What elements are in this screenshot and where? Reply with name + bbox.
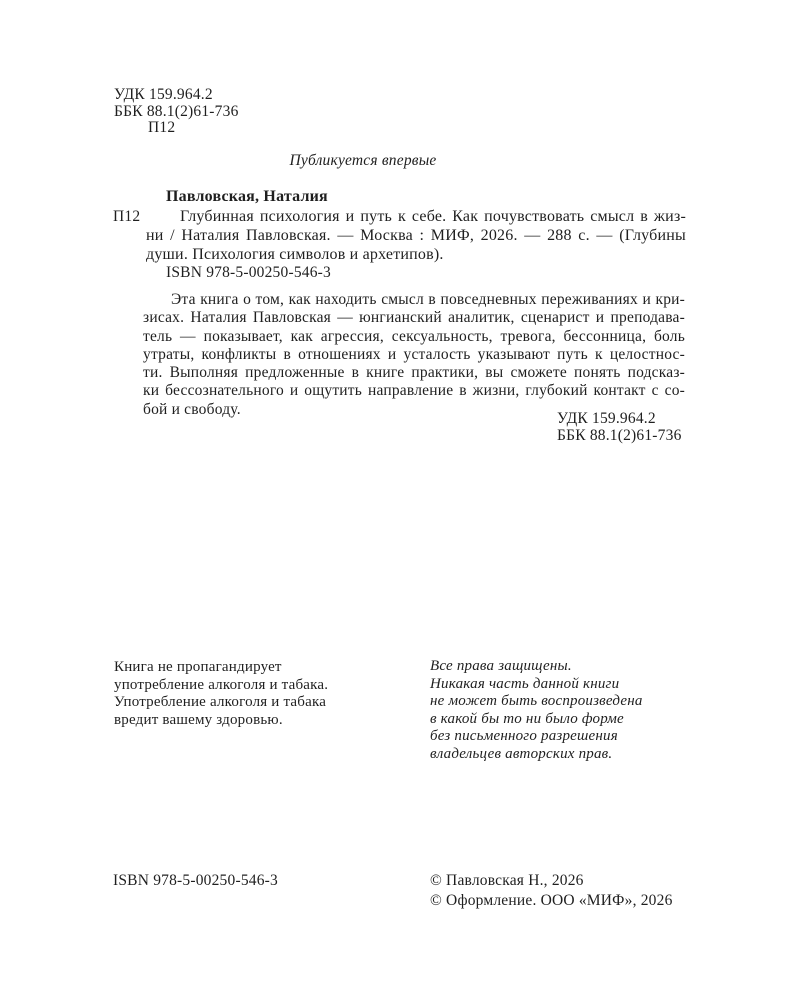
text-line: ни / Наталия Павловская. — Москва : МИФ,… [146,226,686,245]
top-classification-codes: УДК 159.964.2 ББК 88.1(2)61-736 П12 [114,87,239,137]
text-line: в какой бы то ни было форме [430,711,643,729]
alcohol-tobacco-disclaimer: Книга не пропагандируетупотребление алко… [114,659,328,729]
text-line: Употребление алкоголя и табака [114,694,328,712]
text-line: утраты, конфликты в отношениях и усталос… [143,346,685,364]
published-first-note: Публикуется впервые [113,152,613,170]
catalog-card-description: Глубинная психология и путь к себе. Как … [146,207,686,264]
isbn-number: ISBN 978-5-00250-546-3 [166,264,331,282]
udk-code-repeat: УДК 159.964.2 [557,411,682,428]
text-line: Никакая часть данной книги [430,676,643,694]
text-line: ки бессознательного и ощутить направлени… [143,382,685,400]
catalog-card-author-sign: П12 [113,208,140,226]
text-line: ти. Выполняя предложенные в книге практи… [143,364,685,382]
book-imprint-page: УДК 159.964.2 ББК 88.1(2)61-736 П12 Публ… [0,0,800,1000]
text-line: владельцев авторских прав. [430,746,643,764]
annotation-paragraph: Эта книга о том, как находить смысл в по… [143,291,685,419]
isbn-footer: ISBN 978-5-00250-546-3 [113,872,278,890]
text-line: Книга не пропагандирует [114,659,328,677]
bottom-classification-codes: УДК 159.964.2 ББК 88.1(2)61-736 [557,411,682,444]
author-sign-code: П12 [114,120,239,137]
text-line: души. Психология символов и архетипов). [146,245,686,264]
catalog-card-author: Павловская, Наталия [166,188,328,206]
all-rights-reserved-note: Все права защищены.Никакая часть данной … [430,658,643,764]
bbk-code: ББК 88.1(2)61-736 [114,104,239,121]
text-line: © Павловская Н., 2026 [430,871,673,891]
bbk-code-repeat: ББК 88.1(2)61-736 [557,428,682,445]
text-line: Глубинная психология и путь к себе. Как … [146,207,686,226]
text-line: тель — показывает, как агрессия, сексуал… [143,328,685,346]
text-line: не может быть воспроизведена [430,693,643,711]
text-line: Эта книга о том, как находить смысл в по… [143,291,685,309]
udk-code: УДК 159.964.2 [114,87,239,104]
copyright-lines: © Павловская Н., 2026© Оформление. ООО «… [430,871,673,910]
text-line: вредит вашему здоровью. [114,712,328,730]
text-line: без письменного разрешения [430,728,643,746]
text-line: © Оформление. ООО «МИФ», 2026 [430,891,673,911]
text-line: Все права защищены. [430,658,643,676]
text-line: зисах. Наталия Павловская — юнгианский а… [143,309,685,327]
text-line: употребление алкоголя и табака. [114,677,328,695]
